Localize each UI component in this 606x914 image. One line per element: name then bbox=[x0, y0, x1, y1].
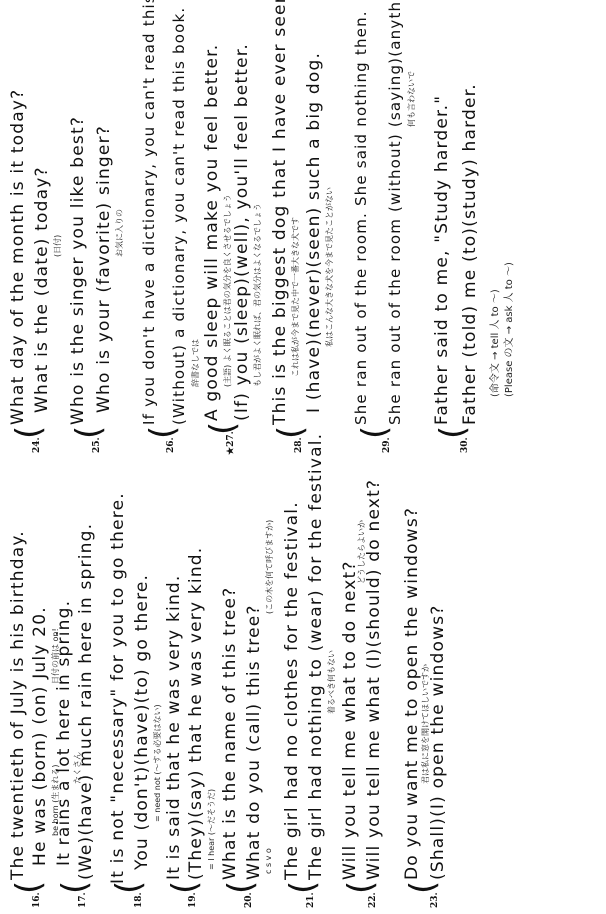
worksheet-page: 16. ( The twentieth of July is his birth… bbox=[0, 0, 606, 914]
item-number: 20. bbox=[244, 892, 254, 908]
annotation: これは私が今まで見た中で一番大きな犬です bbox=[290, 217, 301, 377]
brace: ( bbox=[274, 426, 308, 439]
sentence-rewrite: What is the (date) today? bbox=[32, 166, 52, 413]
sentence-original: What day of the month is it today? bbox=[8, 89, 28, 425]
brace: ( bbox=[358, 426, 392, 439]
sentence-rewrite: (We)(have) much rain here in spring. bbox=[76, 523, 96, 880]
sentence-original: Who is the singer you like best? bbox=[68, 116, 88, 425]
annotation: 私はこんな大きな犬を今まで見たことがない bbox=[324, 187, 335, 347]
sentence-rewrite: She ran out of the room (without) (sayin… bbox=[386, 0, 404, 425]
sentence-rewrite: (If) you (sleep)(well), you'll feel bett… bbox=[232, 43, 252, 421]
item-number: 16. bbox=[32, 892, 42, 908]
sentence-rewrite: Father (told) me (to)(study) harder. bbox=[460, 83, 480, 425]
sentence-rewrite: What do you (call) this tree? bbox=[244, 604, 264, 880]
sentence-rewrite: (Shall)(I) open the windows? bbox=[428, 605, 448, 881]
sentence-original: A good sleep will make you feel better. bbox=[202, 44, 222, 421]
brace: ( bbox=[168, 881, 202, 894]
annotation: お気に入りの bbox=[114, 209, 125, 257]
sentence-rewrite: (Without) a dictionary, you can't read t… bbox=[170, 7, 188, 425]
sentence-original: The twentieth of July is his birthday. bbox=[8, 530, 28, 880]
annotation: どうしたらよいか bbox=[356, 520, 367, 584]
sentence-original: The girl had no clothes for the festival… bbox=[282, 501, 302, 880]
item-number: 22. bbox=[368, 892, 378, 908]
sentence-rewrite: You (don't)(have)(to) go there. bbox=[132, 574, 152, 870]
sentence-rewrite: The girl had nothing to (wear) for the f… bbox=[306, 433, 326, 880]
sentence-original: What is the name of this tree? bbox=[220, 587, 240, 880]
item-number: 17. bbox=[78, 892, 88, 908]
sentence-original: If you don't have a dictionary, you can'… bbox=[140, 0, 158, 425]
annotation: = need not (〜する必要はない) bbox=[152, 704, 163, 822]
brace: ( bbox=[12, 426, 46, 439]
item-number: 24. bbox=[32, 437, 42, 453]
annotation: 何も言わないで bbox=[406, 71, 417, 127]
annotation: (Please の文 → ask 人 to 〜) bbox=[500, 262, 515, 397]
annotation: (日付) bbox=[52, 235, 63, 257]
sentence-rewrite: I (have)(never)(seen) such a big dog. bbox=[304, 52, 324, 413]
sentence-original: She ran out of the room. She said nothin… bbox=[352, 10, 370, 425]
brace: ( bbox=[344, 881, 378, 894]
annotation: 辞書なしでは bbox=[190, 339, 201, 387]
brace: ( bbox=[72, 426, 106, 439]
annotation: (この木を何て呼びますか) bbox=[264, 520, 275, 614]
item-number: 25. bbox=[92, 437, 102, 453]
item-number: 30. bbox=[460, 437, 470, 453]
annotation: c s v o bbox=[264, 848, 273, 874]
sentence-rewrite: (They)(say) that he was very kind. bbox=[186, 547, 206, 880]
sentence-original: It is not "necessary" for you to go ther… bbox=[108, 492, 128, 884]
brace: ( bbox=[286, 881, 320, 894]
brace: ( bbox=[146, 426, 180, 439]
brace: ( bbox=[406, 881, 440, 894]
brace: ( bbox=[224, 881, 258, 894]
sentence-rewrite: Will you tell me what (I)(should) do nex… bbox=[364, 479, 384, 880]
item-number: 26. bbox=[166, 437, 176, 453]
annotation: もし君がよく眠れば、君の気分はよくなるでしょう bbox=[252, 203, 263, 387]
sentence-original: It is said that he was very kind. bbox=[164, 574, 184, 880]
item-number: 21. bbox=[306, 892, 316, 908]
brace: ( bbox=[206, 422, 240, 435]
item-number: 19. bbox=[188, 892, 198, 908]
annotation: 君は私に窓を開けてほしいですか bbox=[420, 664, 431, 784]
item-number: 23. bbox=[430, 892, 440, 908]
annotation: (命令文 → tell 人 to 〜) bbox=[486, 289, 501, 397]
sentence-original: This is the biggest dog that I have ever… bbox=[270, 0, 290, 425]
left-column: 16. ( The twentieth of July is his birth… bbox=[0, 457, 606, 914]
sentence-original: Father said to me, "Study harder." bbox=[432, 95, 452, 425]
brace: ( bbox=[12, 881, 46, 894]
item-number: 28. bbox=[294, 437, 304, 453]
sentence-original: Do you want me to open the windows? bbox=[402, 507, 422, 880]
sentence-rewrite: He was (born) (on) July 20. bbox=[30, 606, 50, 866]
right-column: 24. ( What day of the month is it today?… bbox=[0, 0, 606, 457]
annotation: たくさん bbox=[72, 752, 83, 784]
item-number: 18. bbox=[134, 892, 144, 908]
annotation: = I hear (〜だそうだ) bbox=[206, 789, 217, 870]
item-number: 29. bbox=[382, 437, 392, 453]
sentence-original: Will you tell me what to do next? bbox=[340, 560, 360, 880]
annotation: 着るべき何もない bbox=[326, 650, 337, 714]
sentence-rewrite: Who is your (favorite) singer? bbox=[94, 125, 114, 413]
brace: ( bbox=[436, 426, 470, 439]
brace: ( bbox=[58, 881, 92, 894]
sentence-original: It rains a lot here in spring. bbox=[54, 600, 74, 866]
